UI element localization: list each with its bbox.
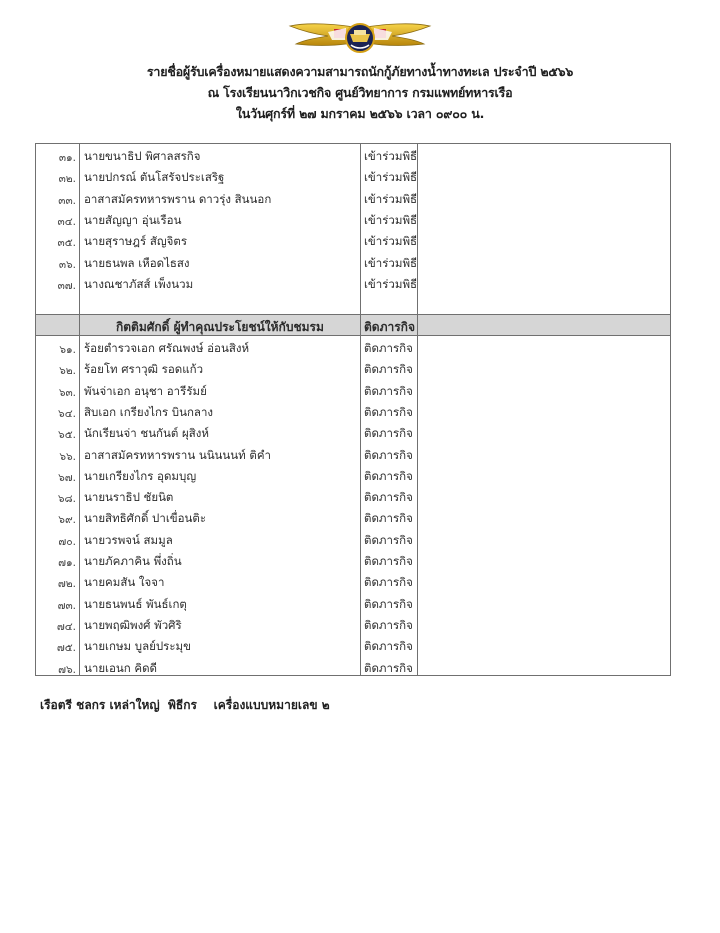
row-status: ติดภารกิจ: [364, 425, 413, 443]
row-status: ติดภารกิจ: [364, 468, 413, 486]
footer-note: เรือตรี ชลกร เหล่าใหญ่ พิธีกร เครื่องแบบ…: [40, 696, 330, 715]
table-row: ๖๙.นายสิทธิศักดิ์ ปาเขื่อนติะติดภารกิจ: [36, 508, 670, 529]
row-status: ติดภารกิจ: [364, 596, 413, 614]
row-num: ๖๘.: [36, 490, 76, 507]
row-status: ติดภารกิจ: [364, 489, 413, 507]
row-num: ๓๑.: [36, 149, 76, 166]
row-name: นายเกษม บูลย์ประมุข: [84, 638, 191, 656]
row-name: นายวรพจน์ สมมูล: [84, 532, 173, 550]
document-title: รายชื่อผู้รับเครื่องหมายแสดงความสามารถนั…: [0, 62, 720, 82]
row-num: ๓๖.: [36, 256, 76, 273]
row-num: ๗๓.: [36, 597, 76, 614]
table-row: ๓๖.นายธนพล เหือดไธสงเข้าร่วมพิธี: [36, 253, 670, 274]
table-row: ๓๓.อาสาสมัครทหารพราน ดาวรุ่ง สินนอกเข้าร…: [36, 189, 670, 210]
row-status: เข้าร่วมพิธี: [364, 191, 417, 209]
table-row: ๗๕.นายเกษม บูลย์ประมุขติดภารกิจ: [36, 636, 670, 657]
row-num: ๗๕.: [36, 639, 76, 656]
table-row: ๓๑.นายขนาธิป พิศาลสรกิจเข้าร่วมพิธี: [36, 146, 670, 167]
row-name: นายภัคภาคิน พึ่งถิ่น: [84, 553, 182, 571]
row-status: ติดภารกิจ: [364, 383, 413, 401]
table-row: ๖๘.นายนราธิป ชัยนิตติดภารกิจ: [36, 487, 670, 508]
row-num: ๖๙.: [36, 511, 76, 528]
table-row: ๖๔.สิบเอก เกรียงไกร บินกลางติดภารกิจ: [36, 402, 670, 423]
row-status: ติดภารกิจ: [364, 340, 413, 358]
attendee-table: ๓๑.นายขนาธิป พิศาลสรกิจเข้าร่วมพิธี๓๒.นา…: [35, 143, 671, 676]
table-row: ๖๒.ร้อยโท ศราวุฒิ รอดแก้วติดภารกิจ: [36, 359, 670, 380]
row-num: ๓๒.: [36, 170, 76, 187]
row-status: เข้าร่วมพิธี: [364, 148, 417, 166]
row-num: ๖๓.: [36, 384, 76, 401]
table-row: ๖๖.อาสาสมัครทหารพราน นนินนนท์ ติคำติดภาร…: [36, 445, 670, 466]
document-venue: ณ โรงเรียนนาวิกเวชกิจ ศูนย์วิทยาการ กรมแ…: [0, 83, 720, 103]
table-row: ๗๑.นายภัคภาคิน พึ่งถิ่นติดภารกิจ: [36, 551, 670, 572]
section-header-row: กิตติมศักดิ์ ผู้ทำคุณประโยชน์ให้กับชมรม …: [36, 316, 670, 337]
table-row: ๗๔.นายพฤฒิพงศ์ พัวศิริติดภารกิจ: [36, 615, 670, 636]
row-num: ๗๐.: [36, 533, 76, 550]
row-num: ๗๒.: [36, 575, 76, 592]
row-status: เข้าร่วมพิธี: [364, 169, 417, 187]
table-row: ๗๖.นายเอนก คิดดีติดภารกิจ: [36, 658, 670, 679]
table-row: ๓๗.นางณชาภัสส์ เพ็งนวมเข้าร่วมพิธี: [36, 274, 670, 295]
row-status: ติดภารกิจ: [364, 553, 413, 571]
row-name: นายสุราษฎร์ สัญจิตร: [84, 233, 187, 251]
document-date: ในวันศุกร์ที่ ๒๗ มกราคม ๒๕๖๖ เวลา ๐๙๐๐ น…: [0, 104, 720, 124]
row-name: นายขนาธิป พิศาลสรกิจ: [84, 148, 201, 166]
section-header-name: กิตติมศักดิ์ ผู้ทำคุณประโยชน์ให้กับชมรม: [116, 318, 324, 337]
row-name: นางณชาภัสส์ เพ็งนวม: [84, 276, 193, 294]
row-name: นายธนพนธ์ พันธ์เกตุ: [84, 596, 187, 614]
row-num: ๖๒.: [36, 362, 76, 379]
row-name: นายสัญญา อุ่นเรือน: [84, 212, 181, 230]
navy-rescue-wings-emblem-icon: [288, 18, 432, 60]
row-name: นายเกรียงไกร อุดมบุญ: [84, 468, 196, 486]
table-row: ๗๓.นายธนพนธ์ พันธ์เกตุติดภารกิจ: [36, 594, 670, 615]
row-name: นักเรียนจ่า ชนกันต์ ผุสิงห์: [84, 425, 209, 443]
row-name: อาสาสมัครทหารพราน นนินนนท์ ติคำ: [84, 447, 271, 465]
row-num: ๖๑.: [36, 341, 76, 358]
section-header-status: ติดภารกิจ: [364, 318, 415, 337]
row-status: เข้าร่วมพิธี: [364, 212, 417, 230]
row-name: ร้อยตำรวจเอก ศรัณพงษ์ อ่อนสิงห์: [84, 340, 249, 358]
row-name: ร้อยโท ศราวุฒิ รอดแก้ว: [84, 361, 203, 379]
table-row: ๓๔.นายสัญญา อุ่นเรือนเข้าร่วมพิธี: [36, 210, 670, 231]
row-num: ๖๗.: [36, 469, 76, 486]
row-status: ติดภารกิจ: [364, 638, 413, 656]
row-name: นายคมสัน ใจจา: [84, 574, 164, 592]
row-num: ๓๓.: [36, 192, 76, 209]
row-name: นายธนพล เหือดไธสง: [84, 255, 190, 273]
row-num: ๖๖.: [36, 448, 76, 465]
row-status: ติดภารกิจ: [364, 617, 413, 635]
table-row: ๗๒.นายคมสัน ใจจาติดภารกิจ: [36, 572, 670, 593]
row-num: ๓๔.: [36, 213, 76, 230]
row-name: นายนราธิป ชัยนิต: [84, 489, 173, 507]
row-status: เข้าร่วมพิธี: [364, 276, 417, 294]
row-num: ๖๔.: [36, 405, 76, 422]
row-status: ติดภารกิจ: [364, 574, 413, 592]
row-num: ๗๖.: [36, 661, 76, 678]
table-row: ๖๗.นายเกรียงไกร อุดมบุญติดภารกิจ: [36, 466, 670, 487]
table-row: ๓๕.นายสุราษฎร์ สัญจิตรเข้าร่วมพิธี: [36, 231, 670, 252]
row-status: ติดภารกิจ: [364, 404, 413, 422]
row-name: อาสาสมัครทหารพราน ดาวรุ่ง สินนอก: [84, 191, 271, 209]
row-status: ติดภารกิจ: [364, 510, 413, 528]
row-name: นายปกรณ์ ตันโสรัจประเสริฐ: [84, 169, 224, 187]
table-row: ๗๐.นายวรพจน์ สมมูลติดภารกิจ: [36, 530, 670, 551]
row-status: ติดภารกิจ: [364, 447, 413, 465]
table-row: ๖๑.ร้อยตำรวจเอก ศรัณพงษ์ อ่อนสิงห์ติดภาร…: [36, 338, 670, 359]
row-num: ๓๗.: [36, 277, 76, 294]
row-status: เข้าร่วมพิธี: [364, 233, 417, 251]
row-num: ๖๕.: [36, 426, 76, 443]
table-row: ๖๕.นักเรียนจ่า ชนกันต์ ผุสิงห์ติดภารกิจ: [36, 423, 670, 444]
row-name: สิบเอก เกรียงไกร บินกลาง: [84, 404, 213, 422]
row-status: ติดภารกิจ: [364, 660, 413, 678]
row-num: ๓๕.: [36, 234, 76, 251]
row-name: นายสิทธิศักดิ์ ปาเขื่อนติะ: [84, 510, 206, 528]
row-status: ติดภารกิจ: [364, 532, 413, 550]
row-num: ๗๑.: [36, 554, 76, 571]
table-row: ๓๒.นายปกรณ์ ตันโสรัจประเสริฐเข้าร่วมพิธี: [36, 167, 670, 188]
row-name: พันจ่าเอก อนุชา อารีรัมย์: [84, 383, 207, 401]
row-name: นายเอนก คิดดี: [84, 660, 157, 678]
row-num: ๗๔.: [36, 618, 76, 635]
row-status: ติดภารกิจ: [364, 361, 413, 379]
row-status: เข้าร่วมพิธี: [364, 255, 417, 273]
row-name: นายพฤฒิพงศ์ พัวศิริ: [84, 617, 182, 635]
table-row: ๖๓.พันจ่าเอก อนุชา อารีรัมย์ติดภารกิจ: [36, 381, 670, 402]
